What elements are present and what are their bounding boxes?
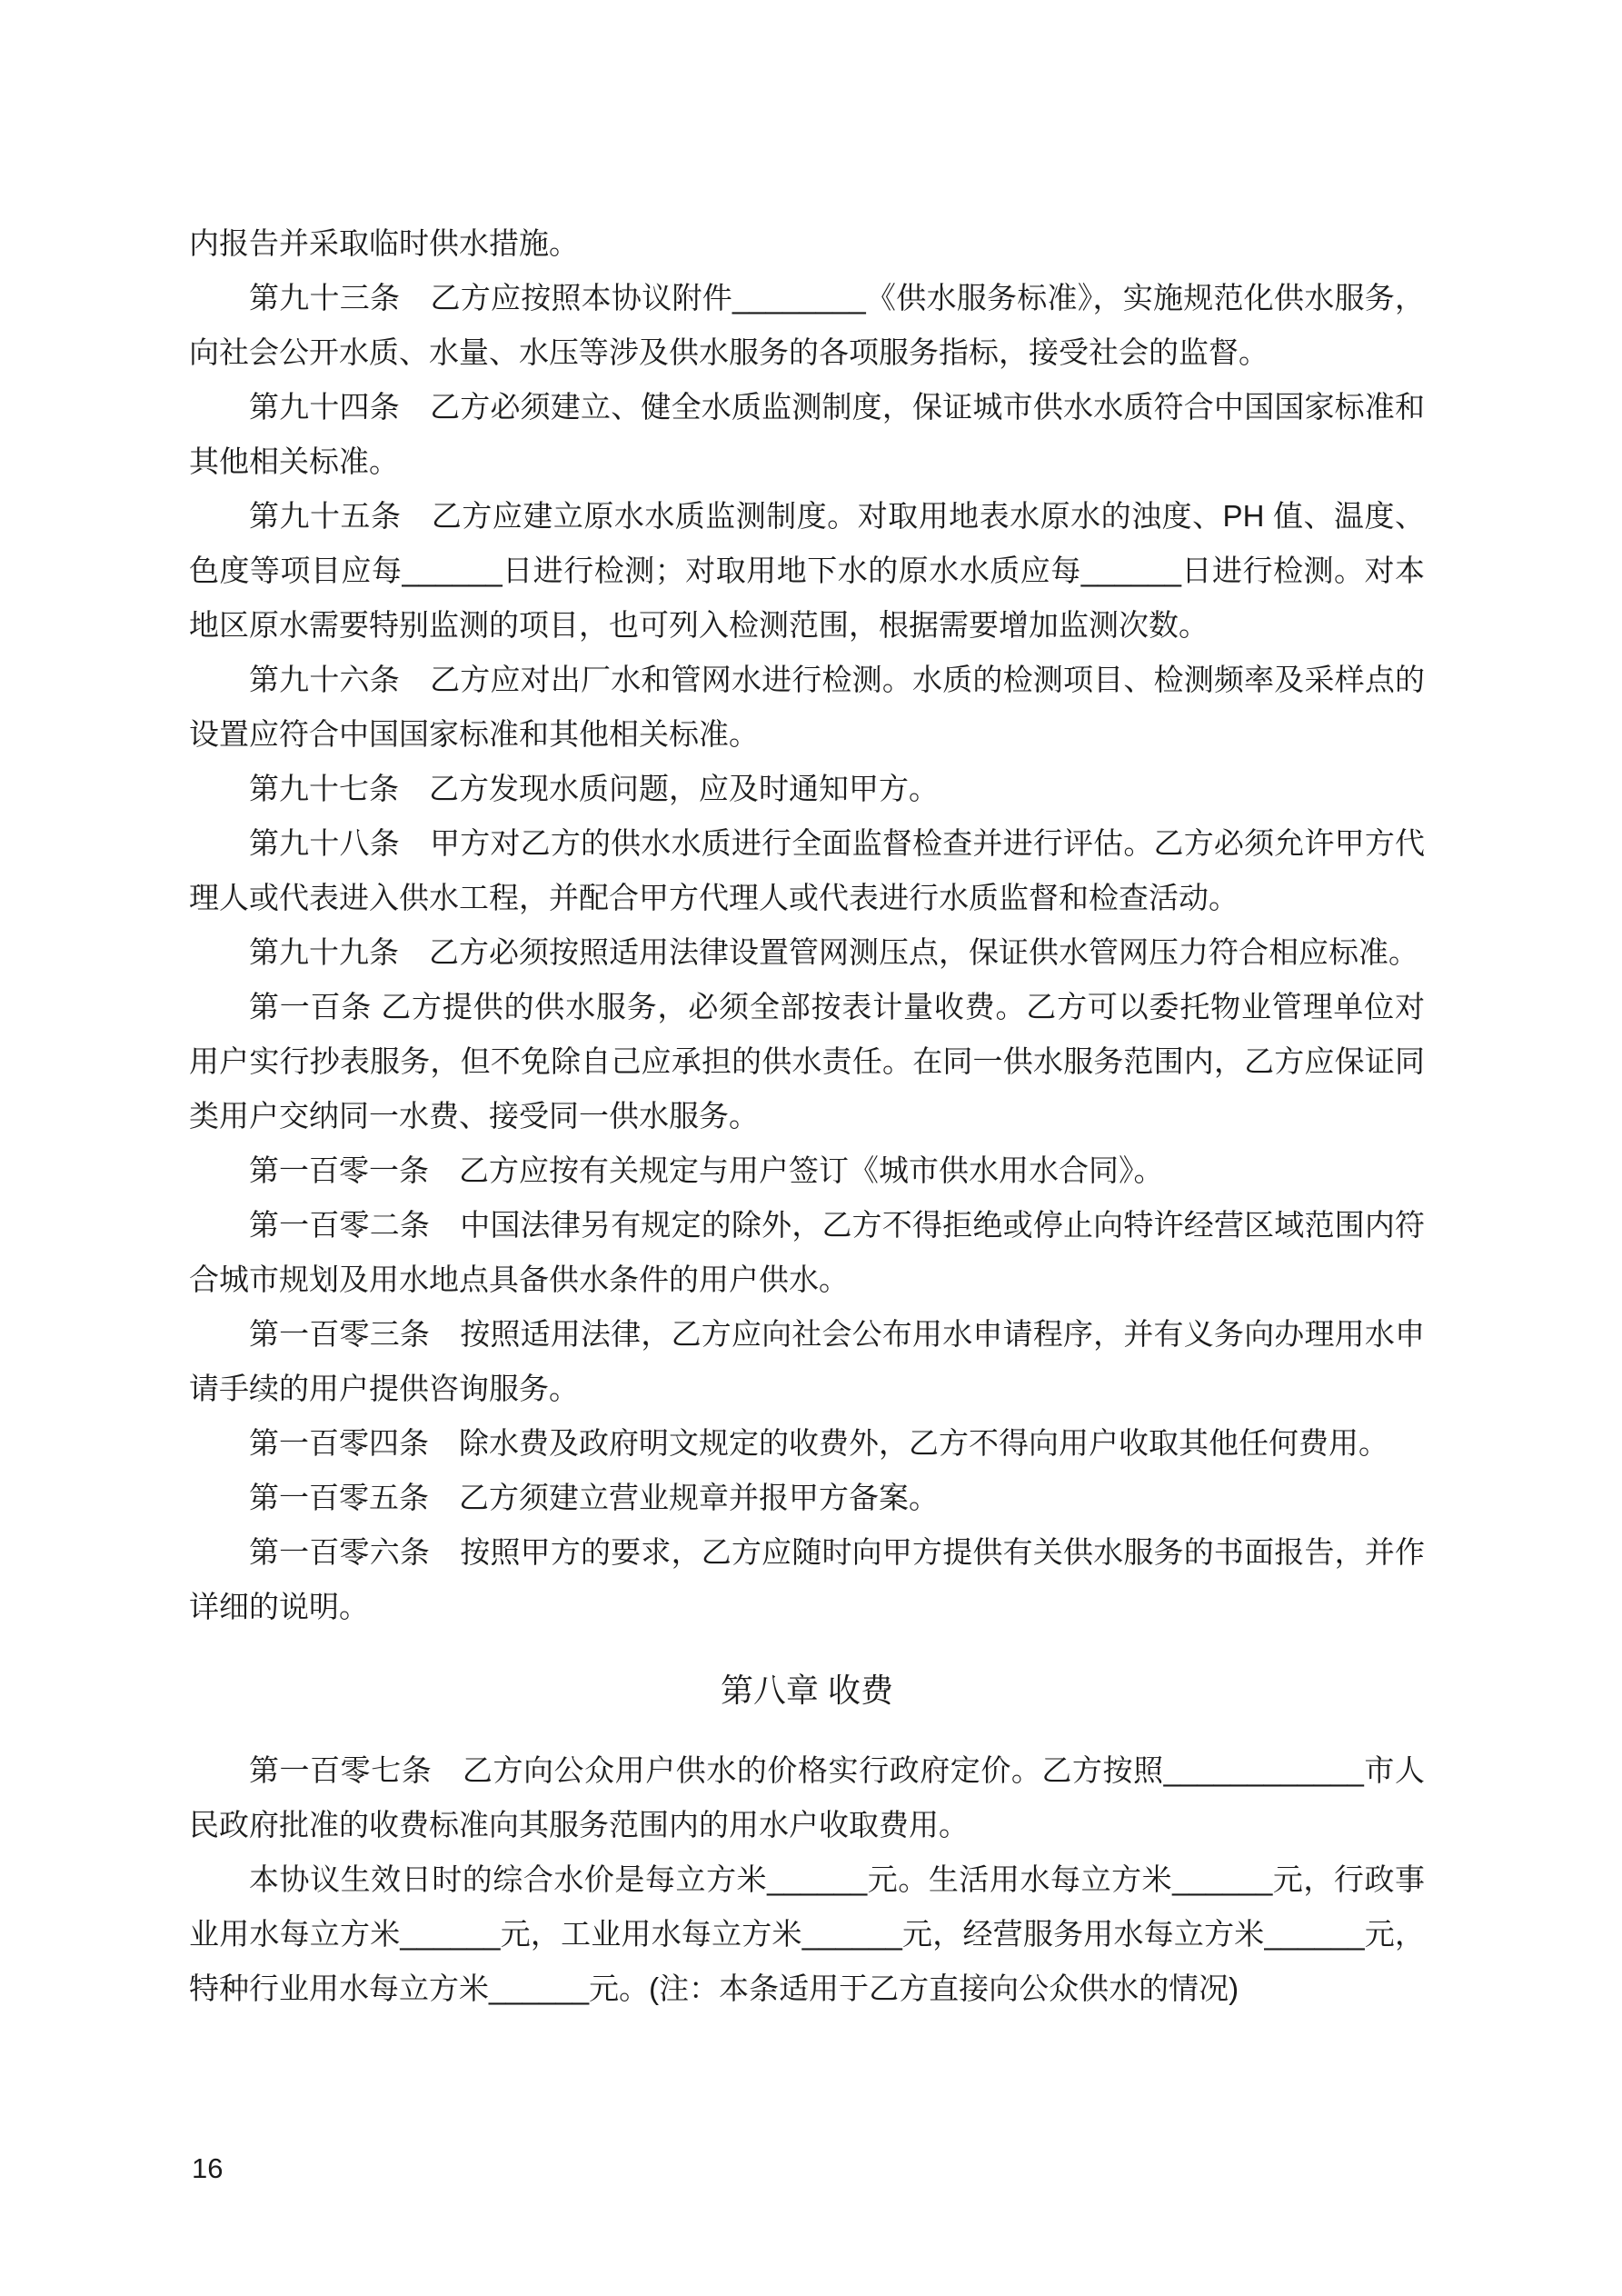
page-body-text: 内报告并采取临时供水措施。 第九十三条 乙方应按照本协议附件________《供…	[189, 216, 1425, 2016]
paragraph-article-106: 第一百零六条 按照甲方的要求，乙方应随时向甲方提供有关供水服务的书面报告，并作详…	[189, 1525, 1425, 1634]
paragraph-article-103: 第一百零三条 按照适用法律，乙方应向社会公布用水申请程序，并有义务向办理用水申请…	[189, 1307, 1425, 1416]
paragraph-article-100: 第一百条 乙方提供的供水服务，必须全部按表计量收费。乙方可以委托物业管理单位对用…	[189, 980, 1425, 1143]
paragraph-article-105: 第一百零五条 乙方须建立营业规章并报甲方备案。	[189, 1471, 1425, 1525]
paragraph-article-97: 第九十七条 乙方发现水质问题，应及时通知甲方。	[189, 762, 1425, 816]
page-number: 16	[192, 2151, 223, 2187]
paragraph-article-107: 第一百零七条 乙方向公众用户供水的价格实行政府定价。乙方按照__________…	[189, 1743, 1425, 1852]
paragraph-water-price: 本协议生效日时的综合水价是每立方米______元。生活用水每立方米______元…	[189, 1852, 1425, 2016]
paragraph-article-94: 第九十四条 乙方必须建立、健全水质监测制度，保证城市供水水质符合中国国家标准和其…	[189, 380, 1425, 489]
paragraph-article-102: 第一百零二条 中国法律另有规定的除外，乙方不得拒绝或停止向特许经营区域范围内符合…	[189, 1198, 1425, 1307]
paragraph-article-99: 第九十九条 乙方必须按照适用法律设置管网测压点，保证供水管网压力符合相应标准。	[189, 925, 1425, 980]
paragraph-continuation: 内报告并采取临时供水措施。	[189, 216, 1425, 271]
chapter-heading: 第八章 收费	[189, 1662, 1425, 1720]
paragraph-article-96: 第九十六条 乙方应对出厂水和管网水进行检测。水质的检测项目、检测频率及采样点的设…	[189, 653, 1425, 762]
paragraph-article-98: 第九十八条 甲方对乙方的供水水质进行全面监督检查并进行评估。乙方必须允许甲方代理…	[189, 816, 1425, 925]
paragraph-article-104: 第一百零四条 除水费及政府明文规定的收费外，乙方不得向用户收取其他任何费用。	[189, 1416, 1425, 1471]
paragraph-article-95: 第九十五条 乙方应建立原水水质监测制度。对取用地表水原水的浊度、PH 值、温度、…	[189, 489, 1425, 653]
paragraph-article-93: 第九十三条 乙方应按照本协议附件________《供水服务标准》，实施规范化供水…	[189, 271, 1425, 380]
paragraph-article-101: 第一百零一条 乙方应按有关规定与用户签订《城市供水用水合同》。	[189, 1143, 1425, 1198]
document-page: 内报告并采取临时供水措施。 第九十三条 乙方应按照本协议附件________《供…	[0, 0, 1622, 2296]
